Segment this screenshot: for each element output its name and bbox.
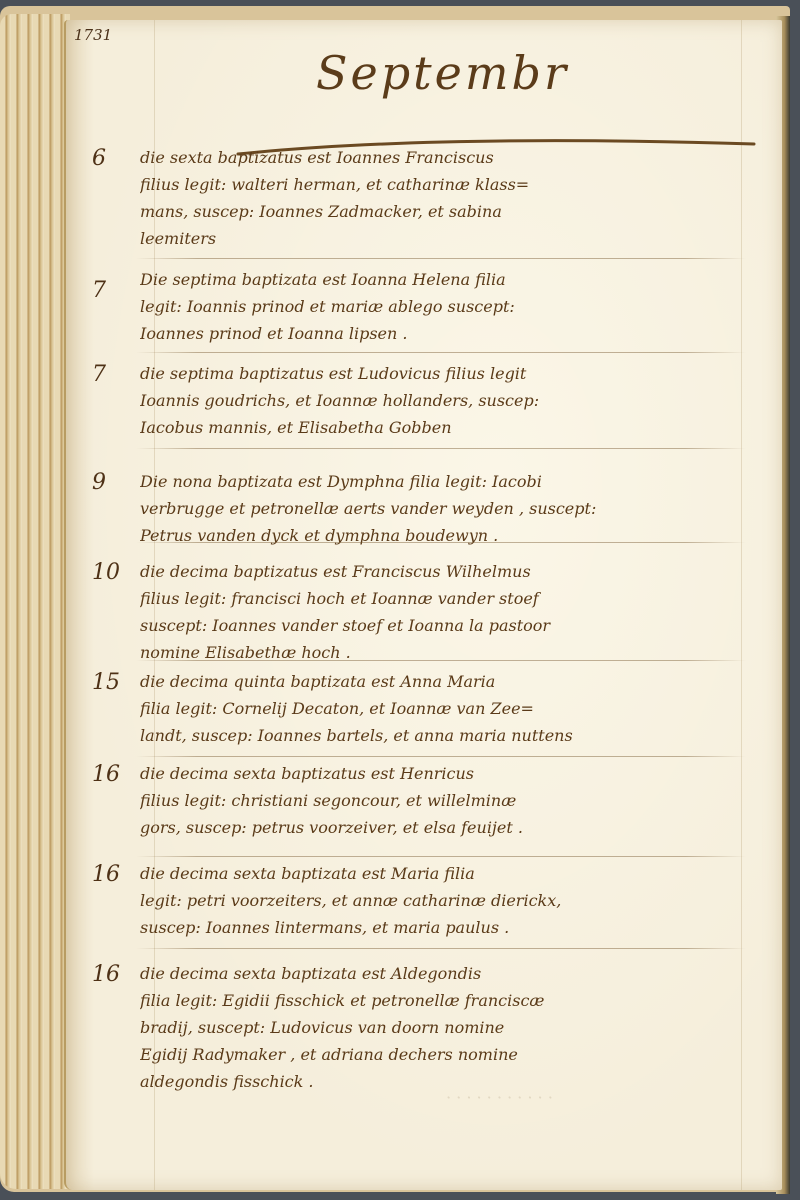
entry-line: mans, suscep: Ioannes Zadmacker, et sabi… — [140, 198, 760, 225]
entry-line: bradij, suscept: Ludovicus van doorn nom… — [140, 1014, 760, 1041]
entry-divider — [136, 542, 746, 543]
entry-line: Die nona baptizata est Dymphna filia leg… — [140, 468, 760, 495]
open-register-book: · · · · · · · · · · · 1731 Septembr 6 di… — [0, 6, 790, 1192]
entry-line: landt, suscep: Ioannes bartels, et anna … — [140, 722, 760, 749]
entry-line: die decima sexta baptizata est Aldegondi… — [140, 960, 760, 987]
entry-text: die septima baptizatus est Ludovicus fil… — [140, 360, 760, 441]
entry-line: leemiters — [140, 225, 760, 252]
entry-line: die decima baptizatus est Franciscus Wil… — [140, 558, 760, 585]
entry-line: die septima baptizatus est Ludovicus fil… — [140, 360, 760, 387]
entry-line: die decima sexta baptizatus est Henricus — [140, 760, 760, 787]
month-heading-text: Septembr — [316, 46, 569, 100]
entry-line: legit: Ioannis prinod et mariæ ablego su… — [140, 293, 760, 320]
entry-text: Die nona baptizata est Dymphna filia leg… — [140, 468, 760, 549]
entry-line: nomine Elisabethæ hoch . — [140, 639, 760, 666]
entry-text: die decima quinta baptizata est Anna Mar… — [140, 668, 760, 749]
entry-day: 6 — [92, 146, 106, 171]
entry-line: die sexta baptizatus est Ioannes Francis… — [140, 144, 760, 171]
entry-text: die sexta baptizatus est Ioannes Francis… — [140, 144, 760, 252]
entry-line: Ioannis goudrichs, et Ioannæ hollanders,… — [140, 387, 760, 414]
entry-line: Ioannes prinod et Ioanna lipsen . — [140, 320, 760, 347]
entry-day: 16 — [92, 762, 120, 787]
entry-text: Die septima baptizata est Ioanna Helena … — [140, 266, 760, 347]
entry-day: 16 — [92, 962, 120, 987]
entry-day: 7 — [92, 278, 106, 303]
entry-line: filius legit: francisci hoch et Ioannæ v… — [140, 585, 760, 612]
entry-line: Iacobus mannis, et Elisabetha Gobben — [140, 414, 760, 441]
entry-day: 7 — [92, 362, 106, 387]
entry-line: filius legit: walteri herman, et cathari… — [140, 171, 760, 198]
entry-divider — [136, 856, 746, 857]
entry-divider — [136, 448, 746, 449]
entry-line: verbrugge et petronellæ aerts vander wey… — [140, 495, 760, 522]
manuscript-page: · · · · · · · · · · · 1731 Septembr 6 di… — [64, 20, 782, 1190]
entry-divider — [136, 258, 746, 259]
stacked-page-edges — [0, 14, 70, 1189]
entry-line: suscep: Ioannes lintermans, et maria pau… — [140, 914, 760, 941]
entry-day: 16 — [92, 862, 120, 887]
entry-divider — [136, 660, 746, 661]
entry-line: filia legit: Cornelij Decaton, et Ioannæ… — [140, 695, 760, 722]
entry-line: filius legit: christiani segoncour, et w… — [140, 787, 760, 814]
entry-line: aldegondis fisschick . — [140, 1068, 760, 1095]
entry-day: 15 — [92, 670, 120, 695]
entry-text: die decima sexta baptizata est Aldegondi… — [140, 960, 760, 1095]
entry-day: 10 — [92, 560, 120, 585]
entry-line: die decima sexta baptizata est Maria fil… — [140, 860, 760, 887]
entry-line: legit: petri voorzeiters, et annæ cathar… — [140, 887, 760, 914]
entry-line: filia legit: Egidii fisschick et petrone… — [140, 987, 760, 1014]
entry-day: 9 — [92, 470, 106, 495]
folio-number: 1731 — [74, 26, 112, 44]
entry-divider — [136, 352, 746, 353]
entry-text: die decima baptizatus est Franciscus Wil… — [140, 558, 760, 666]
entry-text: die decima sexta baptizatus est Henricus… — [140, 760, 760, 841]
entry-line: die decima quinta baptizata est Anna Mar… — [140, 668, 760, 695]
entry-line: Die septima baptizata est Ioanna Helena … — [140, 266, 760, 293]
month-heading: Septembr — [316, 46, 569, 100]
entry-line: suscept: Ioannes vander stoef et Ioanna … — [140, 612, 760, 639]
entry-line: Egidij Radymaker , et adriana dechers no… — [140, 1041, 760, 1068]
entry-line: Petrus vanden dyck et dymphna boudewyn . — [140, 522, 760, 549]
entry-text: die decima sexta baptizata est Maria fil… — [140, 860, 760, 941]
entry-divider — [136, 948, 746, 949]
entry-divider — [136, 756, 746, 757]
entry-line: gors, suscep: petrus voorzeiver, et elsa… — [140, 814, 760, 841]
